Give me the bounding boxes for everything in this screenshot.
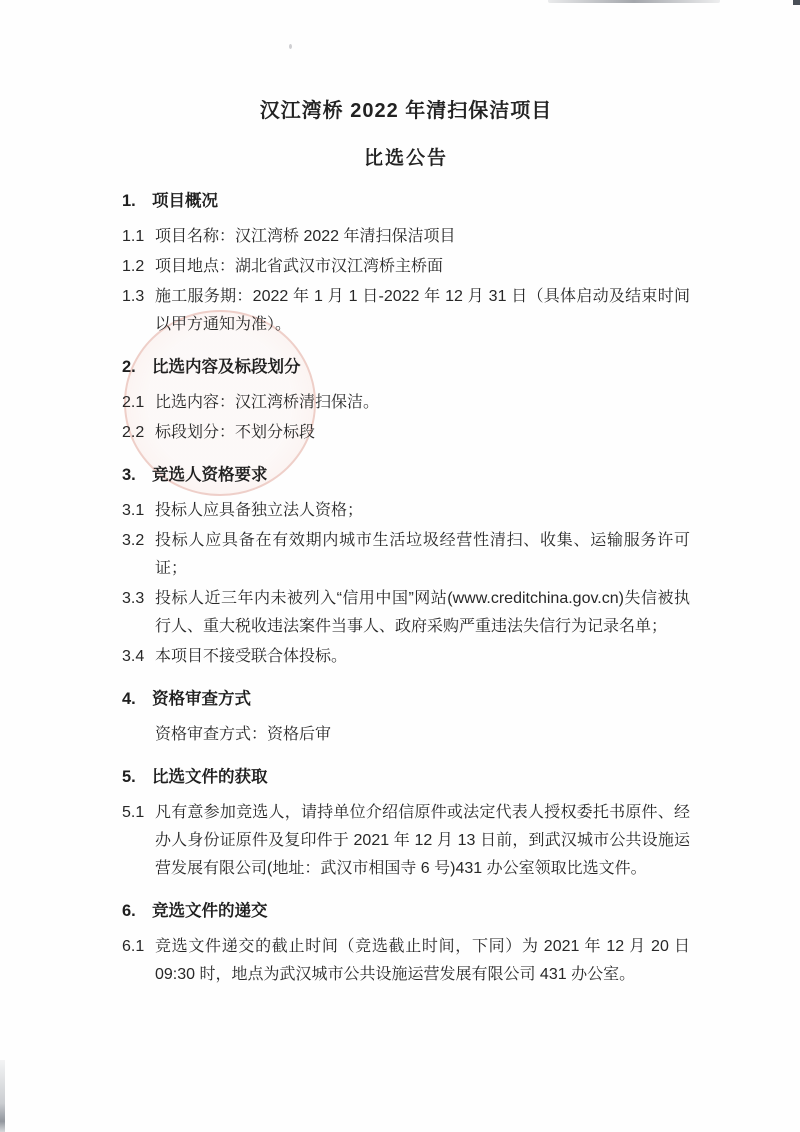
item-text: 施工服务期：2022 年 1 月 1 日-2022 年 12 月 31 日（具体… [155,283,690,339]
item-text: 竞选文件递交的截止时间（竞选截止时间，下同）为 2021 年 12 月 20 日… [155,933,690,989]
section-number: 1. [122,187,152,215]
list-item: 3.3 投标人近三年内未被列入“信用中国”网站(www.creditchina.… [122,585,690,641]
item-number: 1.2 [122,253,155,281]
item-number: 3.1 [122,497,155,525]
section-bid-content: 2. 比选内容及标段划分 2.1 比选内容：汉江湾桥清扫保洁。 2.2 标段划分… [122,353,690,447]
item-number: 5.1 [122,799,155,883]
scan-artifact-left-strip [0,1060,5,1132]
list-item: 2.2 标段划分：不划分标段 [122,419,690,447]
section-number: 6. [122,897,152,925]
section-heading-label: 比选文件的获取 [152,763,268,791]
section-qualification-requirements: 3. 竞选人资格要求 3.1 投标人应具备独立法人资格； 3.2 投标人应具备在… [122,461,690,671]
section-heading-label: 竞选文件的递交 [152,897,268,925]
item-number: 3.3 [122,585,155,641]
document-content: 汉江湾桥 2022 年清扫保洁项目 比选公告 1. 项目概况 1.1 项目名称：… [0,0,778,989]
item-text: 凡有意参加竞选人，请持单位介绍信原件或法定代表人授权委托书原件、经办人身份证原件… [155,799,690,883]
list-item: 5.1 凡有意参加竞选人，请持单位介绍信原件或法定代表人授权委托书原件、经办人身… [122,799,690,883]
section-number: 5. [122,763,152,791]
section-heading-label: 项目概况 [152,187,218,215]
list-item: 3.4 本项目不接受联合体投标。 [122,643,690,671]
item-number: 3.4 [122,643,155,671]
item-number: 2.1 [122,389,155,417]
list-item: 6.1 竞选文件递交的截止时间（竞选截止时间，下同）为 2021 年 12 月 … [122,933,690,989]
section-heading: 6. 竞选文件的递交 [122,897,690,925]
section-heading-label: 资格审查方式 [152,685,251,713]
section-heading-label: 竞选人资格要求 [152,461,268,489]
item-text: 项目名称：汉江湾桥 2022 年清扫保洁项目 [155,223,690,251]
item-number: 1.1 [122,223,155,251]
section-number: 2. [122,353,152,381]
section-project-overview: 1. 项目概况 1.1 项目名称：汉江湾桥 2022 年清扫保洁项目 1.2 项… [122,187,690,339]
list-item: 1.2 项目地点：湖北省武汉市汉江湾桥主桥面 [122,253,690,281]
item-text: 投标人应具备在有效期内城市生活垃圾经营性清扫、收集、运输服务许可证； [155,527,690,583]
document-title: 汉江湾桥 2022 年清扫保洁项目 [122,98,690,124]
item-text: 项目地点：湖北省武汉市汉江湾桥主桥面 [155,253,690,281]
section-heading-label: 比选内容及标段划分 [152,353,301,381]
list-item: 2.1 比选内容：汉江湾桥清扫保洁。 [122,389,690,417]
scanned-document-page: 汉江湾桥 2022 年清扫保洁项目 比选公告 1. 项目概况 1.1 项目名称：… [0,0,800,1132]
list-item: 3.1 投标人应具备独立法人资格； [122,497,690,525]
item-number [122,721,155,749]
section-number: 4. [122,685,152,713]
list-item: 3.2 投标人应具备在有效期内城市生活垃圾经营性清扫、收集、运输服务许可证； [122,527,690,583]
list-item: 1.1 项目名称：汉江湾桥 2022 年清扫保洁项目 [122,223,690,251]
list-item: 资格审查方式：资格后审 [122,721,690,749]
section-heading: 1. 项目概况 [122,187,690,215]
item-text: 比选内容：汉江湾桥清扫保洁。 [155,389,690,417]
section-document-acquisition: 5. 比选文件的获取 5.1 凡有意参加竞选人，请持单位介绍信原件或法定代表人授… [122,763,690,883]
document-subtitle: 比选公告 [122,145,690,173]
item-number: 1.3 [122,283,155,339]
section-heading: 5. 比选文件的获取 [122,763,690,791]
item-number: 3.2 [122,527,155,583]
section-number: 3. [122,461,152,489]
item-text: 本项目不接受联合体投标。 [155,643,690,671]
section-heading: 3. 竞选人资格要求 [122,461,690,489]
item-text: 投标人近三年内未被列入“信用中国”网站(www.creditchina.gov.… [155,585,690,641]
item-text: 资格审查方式：资格后审 [155,721,690,749]
section-qualification-review: 4. 资格审查方式 资格审查方式：资格后审 [122,685,690,749]
section-heading: 2. 比选内容及标段划分 [122,353,690,381]
item-text: 标段划分：不划分标段 [155,419,690,447]
item-number: 2.2 [122,419,155,447]
section-heading: 4. 资格审查方式 [122,685,690,713]
scan-artifact-corner-mark [793,0,800,5]
section-document-submission: 6. 竞选文件的递交 6.1 竞选文件递交的截止时间（竞选截止时间，下同）为 2… [122,897,690,989]
item-number: 6.1 [122,933,155,989]
list-item: 1.3 施工服务期：2022 年 1 月 1 日-2022 年 12 月 31 … [122,283,690,339]
item-text: 投标人应具备独立法人资格； [155,497,690,525]
